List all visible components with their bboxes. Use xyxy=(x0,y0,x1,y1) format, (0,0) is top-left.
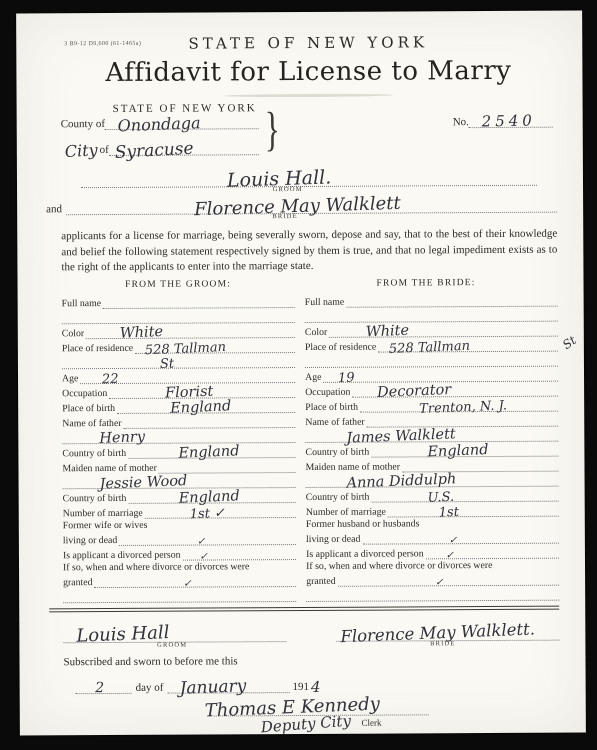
groom-marriage-number-line: 1st ✓ xyxy=(145,506,296,519)
signature-row: Louis Hall GROOM Florence May Walklett. … xyxy=(63,613,559,643)
month-fill-line: January xyxy=(167,681,289,694)
city-name-handwritten: Syracuse xyxy=(114,141,194,163)
bride-birthplace-label: Place of birth xyxy=(305,402,360,413)
bride-signature-caption: BRIDE xyxy=(430,640,456,647)
bride-age-row: Age 19 xyxy=(305,366,558,382)
groom-age-row: Age 22 xyxy=(62,368,295,384)
bride-name-fill-line: Florence May Walklett BRIDE xyxy=(66,201,557,216)
groom-former-spouse-label-line2: living or dead xyxy=(63,535,119,546)
bride-color-line: White xyxy=(329,324,558,337)
groom-residence-value: 528 Tallman xyxy=(144,341,226,357)
bride-birthplace-line: Trenton, N. J. xyxy=(360,399,558,412)
clerk-signature-block: Thomas E Kennedy Deputy City Clerk xyxy=(214,698,429,732)
bride-caption: BRIDE xyxy=(272,213,298,220)
bride-father-country-line: England xyxy=(371,444,558,457)
state-heading: STATE OF NEW YORK xyxy=(60,33,556,54)
groom-marriage-number-value: 1st ✓ xyxy=(190,507,226,521)
groom-extra-line xyxy=(63,590,296,603)
groom-age-value: 22 xyxy=(102,373,119,387)
groom-former-spouse-row2: living or dead ✓ xyxy=(63,530,296,546)
sworn-statement-text: Subscribed and sworn to before me this xyxy=(63,653,559,668)
groom-name-fill-line: Louis Hall. GROOM xyxy=(81,174,537,188)
bride-signature-cell: Florence May Walklett. BRIDE xyxy=(336,613,559,641)
bride-column: Full name Color White Place of residence xyxy=(305,291,560,601)
bride-father-country-label: Country of birth xyxy=(305,446,371,457)
section-divider-rule xyxy=(49,605,559,612)
bride-father-country-row: Country of birth England xyxy=(305,441,558,457)
year-digit-handwritten: 4 xyxy=(309,680,321,695)
bride-former-spouse-value: ✓ xyxy=(449,536,457,546)
groom-residence-label: Place of residence xyxy=(62,343,135,354)
groom-mother-value-line: Jessie Wood xyxy=(63,476,296,489)
bride-full-name-cont-row xyxy=(305,306,558,322)
bride-divorced-label: Is applicant a divorced person xyxy=(306,548,426,560)
groom-divorce-granted-label-line2: granted xyxy=(63,577,94,588)
bride-mother-country-line: U.S. xyxy=(371,489,558,502)
groom-extra-row xyxy=(63,587,296,603)
bride-occupation-value: Decorator xyxy=(377,383,452,400)
bride-age-label: Age xyxy=(305,372,323,383)
page-content: STATE OF NEW YORK Affidavit for License … xyxy=(16,11,586,736)
bride-divorce-granted-row2: granted ✓ xyxy=(306,570,559,586)
bride-age-line: 19 xyxy=(323,369,558,382)
county-fill-line: Onondaga xyxy=(105,117,259,130)
bride-color-value: White xyxy=(366,324,410,340)
groom-divorce-granted-row2: granted ✓ xyxy=(63,572,296,588)
bride-name-line: and Florence May Walklett BRIDE xyxy=(61,190,557,216)
of-label: of xyxy=(100,144,109,156)
groom-birthplace-line: England xyxy=(117,401,295,414)
groom-divorced-line: ✓ xyxy=(182,548,296,561)
bride-mother-value-line: Anna Diddulph xyxy=(306,474,559,487)
city-word-handwritten: City xyxy=(64,142,98,160)
bride-occupation-label: Occupation xyxy=(305,387,352,398)
groom-full-name-cont-row xyxy=(62,308,295,324)
license-number-block: No. 2540 xyxy=(453,116,553,129)
bride-birthplace-row: Place of birth Trenton, N. J. xyxy=(305,396,558,412)
groom-full-name-cont-line xyxy=(62,311,295,324)
bride-color-label: Color xyxy=(305,327,329,338)
from-the-groom-header: FROM THE GROOM: xyxy=(62,279,295,290)
groom-color-label: Color xyxy=(62,328,86,339)
groom-color-value: White xyxy=(119,325,163,341)
bride-former-spouse-row2: living or dead ✓ xyxy=(306,528,559,544)
bride-mother-line xyxy=(402,459,559,472)
groom-signature-caption: GROOM xyxy=(157,641,187,648)
bride-residence-line: 528 Tallman St xyxy=(378,339,558,352)
county-line: County of Onondaga xyxy=(61,117,259,130)
groom-father-value-row: Henry xyxy=(62,428,295,444)
groom-signature-line: Louis Hall GROOM xyxy=(63,630,286,643)
groom-father-country-row: Country of birth England xyxy=(62,443,295,459)
bride-signature-line: Florence May Walklett. BRIDE xyxy=(336,628,559,641)
groom-divorced-label: Is applicant a divorced person xyxy=(63,549,183,561)
groom-former-spouse-value: ✓ xyxy=(197,537,205,547)
groom-mother-country-value: England xyxy=(178,490,240,507)
city-line: City of Syracuse xyxy=(65,139,259,156)
groom-name-line: Louis Hall. GROOM xyxy=(81,163,537,188)
bride-mother-value-row: Anna Diddulph xyxy=(306,471,559,487)
bride-former-spouse-label-line2: living or dead xyxy=(306,534,362,545)
title-underline-shadow xyxy=(224,94,394,98)
groom-residence-cont-line: St xyxy=(62,356,295,369)
column-headers: FROM THE GROOM: FROM THE BRIDE: xyxy=(62,277,558,290)
groom-father-country-line: England xyxy=(128,446,295,459)
groom-full-name-label: Full name xyxy=(62,298,104,309)
bride-age-value: 19 xyxy=(337,371,354,385)
groom-color-row: Color White xyxy=(62,323,295,339)
day-fill-line: 2 xyxy=(76,682,132,694)
groom-age-label: Age xyxy=(62,373,80,384)
city-fill-line: Syracuse xyxy=(109,143,259,156)
bride-divorced-value: ✓ xyxy=(446,551,454,561)
number-label: No. xyxy=(453,116,469,128)
bride-father-value-row: James Walklett xyxy=(305,426,558,442)
bride-divorce-granted-value: ✓ xyxy=(435,578,443,588)
bride-divorce-granted-label-line1: If so, when and where divorce or divorce… xyxy=(306,560,494,572)
groom-divorce-granted-line: ✓ xyxy=(94,575,296,588)
date-line: 2 day of January 191 4 xyxy=(64,671,560,694)
day-of-label: day of xyxy=(132,682,168,694)
year-prefix-label: 191 xyxy=(289,681,309,693)
bride-residence-label: Place of residence xyxy=(305,341,378,352)
groom-father-line xyxy=(124,416,296,429)
groom-occupation-label: Occupation xyxy=(62,388,109,399)
county-label: County of xyxy=(61,118,105,130)
from-the-bride-header: FROM THE BRIDE: xyxy=(295,277,558,288)
bride-mother-country-row: Country of birth U.S. xyxy=(306,486,559,502)
groom-birthplace-value: England xyxy=(170,400,232,417)
bride-color-row: Color White xyxy=(305,321,558,337)
groom-color-line: White xyxy=(86,326,295,339)
groom-father-country-value: England xyxy=(178,445,240,462)
clerk-label: Clerk xyxy=(361,717,381,727)
groom-mother-country-row: Country of birth England xyxy=(63,488,296,504)
groom-former-spouse-label-line1: Former wife or wives xyxy=(63,520,150,531)
bride-extra-line xyxy=(306,588,559,601)
month-handwritten: January xyxy=(179,678,246,698)
groom-signature-handwritten: Louis Hall xyxy=(76,624,170,646)
groom-father-label: Name of father xyxy=(62,418,123,429)
bride-residence-value: 528 Tallman xyxy=(389,340,471,356)
groom-full-name-row: Full name xyxy=(62,293,295,309)
bride-birthplace-value: Trenton, N. J. xyxy=(419,399,507,416)
groom-column: Full name Color White Place of residence xyxy=(62,293,297,603)
bride-divorce-granted-label-line2: granted xyxy=(306,576,337,587)
groom-mother-country-label: Country of birth xyxy=(63,493,129,504)
groom-father-value-line: Henry xyxy=(62,431,295,444)
clerk-title-handwritten: Deputy City xyxy=(261,713,352,735)
bride-divorced-row: Is applicant a divorced person ✓ xyxy=(306,543,559,559)
bride-full-name-line xyxy=(346,294,557,307)
groom-mother-line xyxy=(159,461,296,474)
bride-mother-country-value: U.S. xyxy=(427,491,454,505)
bride-marriage-number-label: Number of marriage xyxy=(306,506,388,517)
groom-marriage-number-label: Number of marriage xyxy=(63,508,145,519)
scanned-document: 3 B9-12 D9,600 (61-1465a) STATE OF NEW Y… xyxy=(0,0,597,750)
groom-signature-cell: Louis Hall GROOM xyxy=(63,615,286,643)
groom-residence-line: 528 Tallman xyxy=(135,341,295,354)
bride-full-name-label: Full name xyxy=(305,297,347,308)
groom-residence-row: Place of residence 528 Tallman xyxy=(62,338,295,354)
bride-full-name-row: Full name xyxy=(305,291,558,307)
bride-mother-label: Maiden name of mother xyxy=(306,461,402,473)
groom-divorced-value: ✓ xyxy=(200,552,208,562)
license-number-handwritten: 2540 xyxy=(481,113,536,129)
document-title: Affidavit for License to Marry xyxy=(60,56,556,89)
bride-former-spouse-line: ✓ xyxy=(362,531,559,544)
affidavit-paragraph: applicants for a license for marriage, b… xyxy=(61,227,557,276)
bride-divorced-line: ✓ xyxy=(426,546,559,559)
jurat-brace: } xyxy=(265,106,280,154)
day-handwritten: 2 xyxy=(95,681,104,695)
groom-mother-label: Maiden name of mother xyxy=(62,463,158,475)
groom-father-value: Henry xyxy=(99,430,145,446)
groom-birthplace-label: Place of birth xyxy=(62,403,117,414)
groom-divorced-row: Is applicant a divorced person ✓ xyxy=(63,545,296,561)
affidavit-page: 3 B9-12 D9,600 (61-1465a) STATE OF NEW Y… xyxy=(16,11,586,736)
groom-former-spouse-line: ✓ xyxy=(119,533,296,546)
form-columns: Full name Color White Place of residence xyxy=(62,291,560,603)
county-handwritten: Onondaga xyxy=(117,115,200,134)
groom-father-country-label: Country of birth xyxy=(62,448,128,459)
bride-residence-margin-note: St xyxy=(561,334,579,351)
number-fill-line: 2540 xyxy=(469,116,553,128)
bride-father-line xyxy=(367,414,559,427)
bride-mother-country-label: Country of birth xyxy=(306,491,372,502)
and-label: and xyxy=(46,203,66,215)
bride-father-country-value: England xyxy=(427,443,489,460)
groom-occupation-line: Florist xyxy=(109,386,295,399)
groom-age-line: 22 xyxy=(80,371,295,384)
groom-mother-country-line: England xyxy=(128,491,295,504)
bride-father-label: Name of father xyxy=(305,416,366,427)
groom-mother-value-row: Jessie Wood xyxy=(63,473,296,489)
bride-marriage-number-value: 1st xyxy=(439,506,460,520)
groom-residence-cont-value: St xyxy=(160,357,175,371)
groom-occupation-row: Occupation Florist xyxy=(62,383,295,399)
bride-father-value-line: James Walklett xyxy=(305,429,558,442)
bride-residence-cont-line xyxy=(305,354,558,367)
bride-occupation-line: Decorator xyxy=(352,384,558,397)
groom-divorce-granted-label-line1: If so, when and where divorce or divorce… xyxy=(63,561,251,573)
bride-residence-row: Place of residence 528 Tallman St xyxy=(305,336,558,352)
jurat-block: STATE OF NEW YORK County of Onondaga Cit… xyxy=(61,101,557,164)
bride-full-name-cont-line xyxy=(305,309,558,322)
bride-divorce-granted-line: ✓ xyxy=(338,573,560,586)
bride-marriage-number-line: 1st xyxy=(388,504,559,517)
groom-divorce-granted-value: ✓ xyxy=(183,579,191,589)
bride-extra-row xyxy=(306,585,559,601)
bride-former-spouse-label-line1: Former husband or husbands xyxy=(306,518,422,530)
groom-birthplace-row: Place of birth England xyxy=(62,398,295,414)
groom-full-name-line xyxy=(103,296,295,309)
